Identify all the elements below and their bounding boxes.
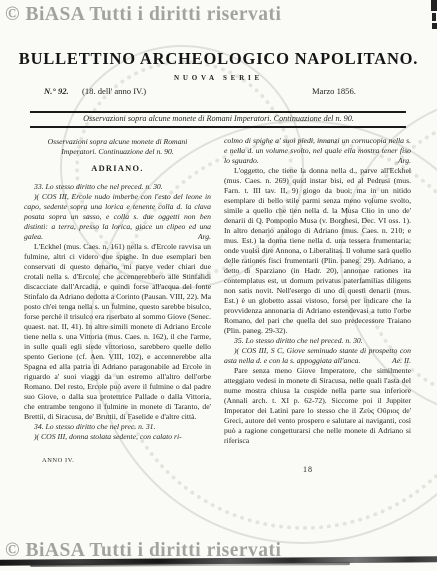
page-number: 18 xyxy=(296,465,320,474)
paragraph: 35. Lo stesso diritto che nel preced. n.… xyxy=(224,336,411,346)
copyright-watermark-top: © BiASA Tutti i diritti riservati xyxy=(5,4,281,26)
journal-title: BULLETTINO ARCHEOLOGICO NAPOLITANO. xyxy=(0,49,437,69)
right-column: colmo di spighe a' suoi piedi, innanzi u… xyxy=(224,136,411,446)
scanned-journal-page: © BiASA Tutti i diritti riservati © BiAS… xyxy=(0,0,437,571)
paragraph: colmo di spighe a' suoi piedi, innanzi u… xyxy=(224,136,411,166)
paragraph: L'Eckhel (mus. Caes. n. 161) nella s. d'… xyxy=(24,242,211,422)
issue-detail: (18. dell' anno IV.) xyxy=(82,86,146,96)
header-rule-bottom xyxy=(30,126,406,128)
series-label: NUOVA SERIE xyxy=(0,74,437,82)
issue-line: N.° 92. (18. dell' anno IV.) Marzo 1856. xyxy=(0,86,437,98)
article-subtitle: Osservazioni sopra alcune monete di Roma… xyxy=(34,137,201,157)
scan-smudge xyxy=(431,0,437,11)
paragraph: 34. Lo stesso diritto che nel prec. n. 3… xyxy=(24,422,211,432)
page-edge-shadow xyxy=(30,562,350,567)
text-columns: Osservazioni sopra alcune monete di Roma… xyxy=(24,136,412,446)
paragraph: 33. Lo stesso diritto che nel preced. n.… xyxy=(24,182,211,192)
metal-abbreviation: Arg. xyxy=(182,232,211,242)
paragraph: )( COS III, S C, Giove seminudo stante d… xyxy=(224,346,411,366)
running-head: Osservazioni sopra alcune monete di Roma… xyxy=(0,114,437,123)
left-column-paragraphs: 33. Lo stesso diritto che nel preced. n.… xyxy=(24,182,211,442)
scan-smudge xyxy=(432,13,436,21)
metal-abbreviation: Ae. II. xyxy=(376,356,411,366)
paragraph: Pare senza meno Giove Imperatore, che si… xyxy=(224,366,411,446)
metal-abbreviation: Arg. xyxy=(392,156,411,166)
left-column: Osservazioni sopra alcune monete di Roma… xyxy=(24,136,211,446)
scan-smudge xyxy=(432,23,437,29)
right-column-paragraphs: colmo di spighe a' suoi piedi, innanzi u… xyxy=(224,136,411,446)
paragraph: L'oggetto, che tiene la donna nella d., … xyxy=(224,166,411,336)
section-heading: ADRIANO. xyxy=(24,164,211,174)
issue-number: N.° 92. xyxy=(44,86,69,96)
paragraph: )( COS III, Ercole nudo imberbe con l'es… xyxy=(24,192,211,242)
volume-signature: ANNO IV. xyxy=(42,457,74,464)
paragraph: )( COS III, donna stolata sedente, con c… xyxy=(24,432,211,442)
issue-date: Marzo 1856. xyxy=(312,86,356,96)
header-rule-top xyxy=(30,111,406,113)
